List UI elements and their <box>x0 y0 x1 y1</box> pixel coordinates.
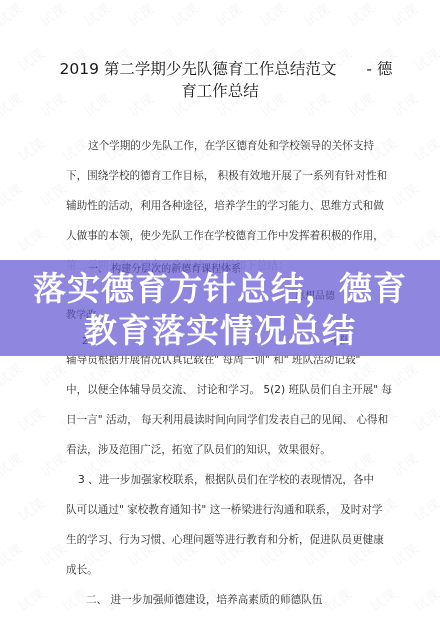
watermark: 试课 <box>14 404 48 436</box>
watermark: 试课 <box>410 404 440 436</box>
watermark: 试课 <box>0 449 26 481</box>
watermark: 试课 <box>14 584 48 616</box>
watermark: 试课 <box>388 179 422 211</box>
paragraph-line: 中，以便全体辅导员交流、 讨论和学习。 5(2) 班队员们自主开展" 每 <box>66 384 366 397</box>
watermark: 试课 <box>14 494 48 526</box>
watermark: 试课 <box>212 0 246 31</box>
title-line-2: 育工作总结 <box>0 80 440 102</box>
paragraph-line: 队可以通过" 家校教育通知书" 这一桥梁进行沟通和联系， 及时对学 <box>66 504 366 517</box>
document-title: 2019 第二学期少先队德育工作总结范文- 德 育工作总结 <box>0 58 440 102</box>
watermark: 试课 <box>80 0 114 31</box>
watermark: 试课 <box>388 449 422 481</box>
paragraph-line: 下，围绕学校的德育工作目标， 积极有效地开展了一系列有针对性和 <box>66 170 366 183</box>
watermark: 试课 <box>410 584 440 616</box>
title-text: 2019 第二学期少先队德育工作总结范文 <box>60 60 337 78</box>
watermark: 试课 <box>0 0 26 31</box>
watermark: 试课 <box>410 494 440 526</box>
watermark: 试课 <box>124 0 158 31</box>
watermark: 试课 <box>410 134 440 166</box>
watermark: 试课 <box>388 539 422 571</box>
watermark: 试课 <box>14 134 48 166</box>
watermark: 试课 <box>344 0 378 31</box>
paragraph-line: 二、 进一步加强师德建设，培养高素质的师德队伍 <box>86 594 386 607</box>
watermark: 试课 <box>388 0 422 31</box>
watermark: 试课 <box>256 0 290 31</box>
title-suffix: - 德 <box>366 60 392 78</box>
watermark: 试课 <box>36 0 70 31</box>
watermark: 试课 <box>0 539 26 571</box>
title-line-1: 2019 第二学期少先队德育工作总结范文- 德 <box>0 58 440 80</box>
watermark: 试课 <box>388 359 422 391</box>
watermark: 试课 <box>14 224 48 256</box>
paragraph-line: 看法，涉及范围广泛，拓宽了队员们的知识，效果很好。 <box>66 444 366 457</box>
document-page: 试课试课试课试课试课试课试课试课试课试课试课试课试课试课试课试课试课试课试课试课… <box>0 0 440 620</box>
watermark: 试课 <box>410 224 440 256</box>
paragraph-line: 成长。 <box>66 564 366 577</box>
paragraph-line: 这个学期的少先队工作，在学区德育处和学校领导的关怀支持 <box>88 140 388 153</box>
paragraph-line: 辅助性的活动，利用各种途径，培养学生的学习能力、思维方式和做 <box>66 200 366 213</box>
paragraph-line: 生的学习、行为习惯、心理问题等进行教育和分析，促进队员更健康 <box>66 534 366 547</box>
banner-headline-line-1: 落实德育方针总结，德育 <box>0 268 440 310</box>
watermark: 试课 <box>0 359 26 391</box>
paragraph-line: 人做事的本领，使少先队工作在学校德育工作中发挥着积极的作用， <box>66 230 366 243</box>
watermark: 试课 <box>0 179 26 211</box>
paragraph-line: 日一言" 活动， 每天利用晨读时间向同学们发表自己的见闻、 心得和 <box>66 414 366 427</box>
watermark: 试课 <box>300 0 334 31</box>
watermark: 试课 <box>168 0 202 31</box>
banner-headline: 落实德育方针总结，德育 教育落实情况总结 <box>0 268 440 352</box>
paragraph-line: 3 、进一步加强家校联系，根据队员们在学校的表现情况，各中 <box>78 474 378 487</box>
banner-headline-line-2: 教育落实情况总结 <box>0 310 440 352</box>
